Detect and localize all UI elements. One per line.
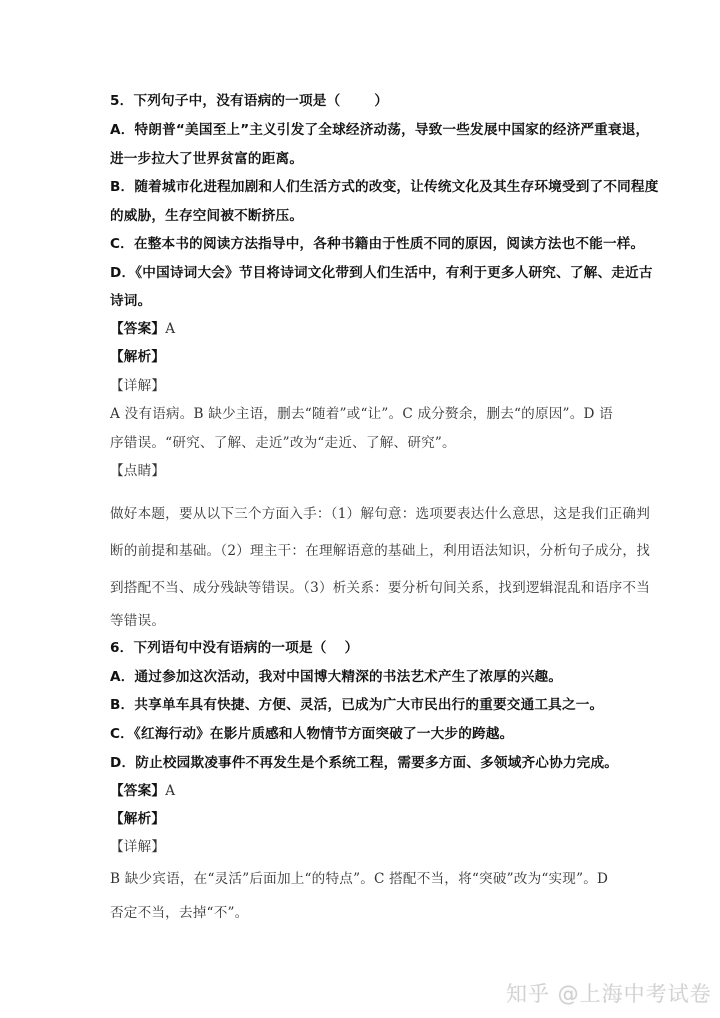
q6-stem-close: ） (345, 640, 359, 656)
q6-detail-label: 【详解】 (110, 838, 165, 856)
q6-option-c: C．《红海行动》在影片质感和人物情节方面突破了一大步的跨越。 (110, 725, 513, 743)
q6-detail-line2: 否定不当，去掉“不”。 (110, 904, 248, 922)
q5-detail-line1: A 没有语病。B 缺少主语，删去“随着”或“让”。C 成分赘余，删去“的原因”。… (110, 405, 613, 423)
q5-answer-label: 【答案】 (110, 321, 165, 337)
q6-answer: 【答案】A (110, 782, 175, 800)
q5-option-b-line2: 的威胁，生存空间被不断挤压。 (110, 207, 303, 225)
q6-stem-text: 6．下列语句中没有语病的一项是（ (110, 640, 327, 656)
q5-tip-label: 【点睛】 (110, 462, 165, 480)
q5-detail-line2: 序错误。“研究、了解、走近”改为“走近、了解、研究”。 (110, 434, 456, 452)
q5-option-c: C．在整本书的阅读方法指导中，各种书籍由于性质不同的原因，阅读方法也不能一样。 (110, 235, 644, 253)
q5-analysis-label: 【解析】 (110, 348, 165, 366)
q6-option-d: D．防止校园欺凌事件不再发生是个系统工程，需要多方面、多领域齐心协力完成。 (110, 754, 618, 772)
q5-stem: 5．下列句子中，没有语病的一项是（） (110, 92, 388, 110)
q5-tip-line4: 等错误。 (110, 612, 165, 630)
q5-option-d-line1: D．《中国诗词大会》节目将诗词文化带到人们生活中，有利于更多人研究、了解、走近古 (110, 264, 653, 282)
q5-stem-text: 5．下列句子中，没有语病的一项是（ (110, 93, 340, 109)
q6-option-b: B．共享单车具有快捷、方便、灵活，已成为广大市民出行的重要交通工具之一。 (110, 696, 603, 714)
q5-tip-line2: 断的前提和基础。（2）理主干：在理解语意的基础上，利用语法知识，分析句子成分，找 (110, 542, 650, 560)
q5-answer-value: A (165, 321, 175, 337)
q5-tip-line3: 到搭配不当、成分残缺等错误。（3）析关系：要分析句间关系，找到逻辑混乱和语序不当 (110, 579, 650, 597)
q6-answer-value: A (165, 783, 175, 799)
q5-tip-line1: 做好本题，要从以下三个方面入手：（1）解句意：选项要表达什么意思，这是我们正确判 (110, 505, 650, 523)
q5-option-a-line1: A．特朗普“美国至上”主义引发了全球经济动荡，导致一些发展中国家的经济严重衰退， (110, 121, 649, 139)
zhihu-watermark: 知乎 @上海中考试卷 (506, 978, 712, 1008)
q6-option-a: A．通过参加这次活动，我对中国博大精深的书法艺术产生了浓厚的兴趣。 (110, 668, 562, 686)
q5-stem-close: ） (374, 93, 388, 109)
q5-option-d-line2: 诗词。 (110, 292, 151, 310)
document-page: 5．下列句子中，没有语病的一项是（） A．特朗普“美国至上”主义引发了全球经济动… (0, 0, 720, 1018)
q6-detail-line1: B 缺少宾语，在“灵活”后面加上“的特点”。C 搭配不当，将“突破”改为“实现”… (110, 870, 608, 888)
q6-answer-label: 【答案】 (110, 783, 165, 799)
q5-option-a-line2: 进一步拉大了世界贫富的距离。 (110, 150, 303, 168)
q6-stem: 6．下列语句中没有语病的一项是（） (110, 639, 358, 657)
q6-analysis-label: 【解析】 (110, 810, 165, 828)
q5-answer: 【答案】A (110, 320, 175, 338)
q5-detail-label: 【详解】 (110, 377, 165, 395)
q5-option-b-line1: B．随着城市化进程加剧和人们生活方式的改变，让传统文化及其生存环境受到了不同程度 (110, 178, 659, 196)
